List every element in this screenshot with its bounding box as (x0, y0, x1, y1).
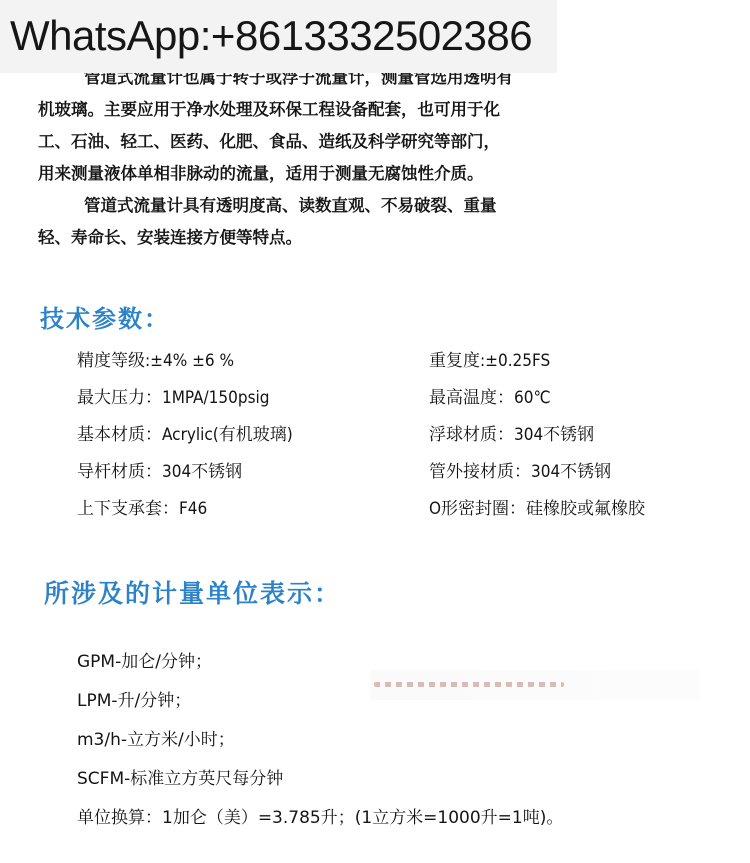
product-intro: 管道式流量计也属于转子或浮子流量计，测量管选用透明有 机玻璃。主要应用于净水处理… (38, 62, 728, 254)
param-float-material: 浮球材质：304不锈钢 (429, 420, 729, 445)
whatsapp-contact-banner: WhatsApp:+8613332502386 (0, 0, 557, 73)
unit-item-lpm: LPM-升/分钟； (77, 679, 737, 718)
param-guide-rod-material: 导杆材质：304不锈钢 (77, 457, 429, 482)
param-max-pressure: 最大压力：1MPA/150psig (77, 383, 429, 408)
unit-conversion: 单位换算：1加仑（美）=3.785升；(1立方米=1000升=1吨)。 (77, 796, 737, 835)
param-support-sleeve: 上下支承套：F46 (77, 494, 429, 519)
whatsapp-contact-text: WhatsApp:+8613332502386 (10, 8, 532, 64)
param-o-ring: O形密封圈：硅橡胶或氟橡胶 (429, 494, 729, 519)
param-row: 精度等级:±4% ±6 % 重复度:±0.25FS (77, 340, 737, 377)
intro-line: 管道式流量计具有透明度高、读数直观、不易破裂、重量 (38, 190, 728, 222)
unit-item-m3h: m3/h-立方米/小时； (77, 718, 737, 757)
intro-line: 用来测量液体单相非脉动的流量，适用于测量无腐蚀性介质。 (38, 158, 728, 190)
intro-line: 机玻璃。主要应用于净水处理及环保工程设备配套，也可用于化 (38, 94, 728, 126)
param-repeatability: 重复度:±0.25FS (429, 346, 729, 371)
param-base-material: 基本材质：Acrylic(有机玻璃) (77, 420, 429, 445)
param-pipe-connection-material: 管外接材质：304不锈钢 (429, 457, 729, 482)
param-row: 上下支承套：F46 O形密封圈：硅橡胶或氟橡胶 (77, 488, 737, 525)
param-row: 导杆材质：304不锈钢 管外接材质：304不锈钢 (77, 451, 737, 488)
param-row: 最大压力：1MPA/150psig 最高温度：60℃ (77, 377, 737, 414)
tech-params-heading: 技术参数： (40, 302, 170, 336)
param-accuracy: 精度等级:±4% ±6 % (77, 346, 429, 371)
unit-item-scfm: SCFM-标准立方英尺每分钟 (77, 757, 737, 796)
intro-paragraph-2: 管道式流量计具有透明度高、读数直观、不易破裂、重量 轻、寿命长、安装连接方便等特… (38, 190, 728, 254)
intro-paragraph-1: 管道式流量计也属于转子或浮子流量计，测量管选用透明有 机玻璃。主要应用于净水处理… (38, 62, 728, 190)
unit-item-gpm: GPM-加仑/分钟； (77, 640, 737, 679)
units-heading: 所涉及的计量单位表示： (44, 576, 341, 612)
intro-line: 工、石油、轻工、医药、化肥、食品、造纸及科学研究等部门， (38, 126, 728, 158)
tech-params-table: 精度等级:±4% ±6 % 重复度:±0.25FS 最大压力：1MPA/150p… (77, 340, 737, 525)
param-row: 基本材质：Acrylic(有机玻璃) 浮球材质：304不锈钢 (77, 414, 737, 451)
param-max-temperature: 最高温度：60℃ (429, 383, 729, 408)
intro-line: 轻、寿命长、安装连接方便等特点。 (38, 222, 728, 254)
units-list: GPM-加仑/分钟； LPM-升/分钟； m3/h-立方米/小时； SCFM-标… (77, 640, 737, 835)
